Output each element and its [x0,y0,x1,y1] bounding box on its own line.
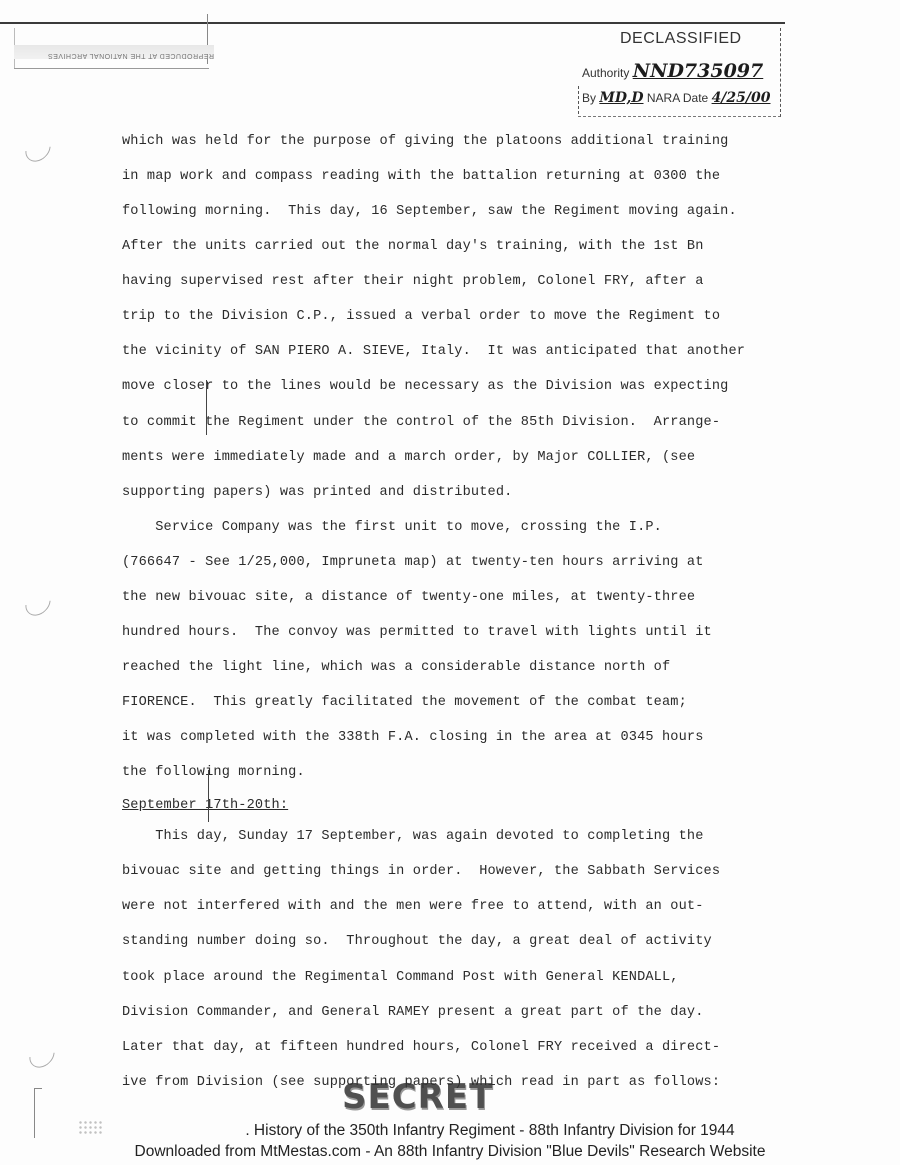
by-row: By MD,D NARA Date 4/25/00 [582,90,771,106]
text-line: This day, Sunday 17 September, was again… [122,828,704,846]
text-line: Later that day, at fifteen hundred hours… [122,1039,720,1057]
authority-label: Authority [582,66,629,80]
nara-date-value: 4/25/00 [712,90,771,106]
punch-hole-mark [20,131,55,166]
footer-source: Downloaded from MtMestas.com - An 88th I… [0,1143,900,1161]
secret-classification-stamp: SECRET [342,1082,493,1112]
text-line: having supervised rest after their night… [122,273,704,291]
text-line: the following morning. [122,764,305,782]
authority-value: NND735097 [633,60,764,82]
footer-title: . History of the 350th Infantry Regiment… [40,1122,900,1140]
declassification-stamp: DECLASSIFIED Authority NND735097 By MD,D… [578,28,781,117]
text-line: move closer to the lines would be necess… [122,378,728,396]
text-line: in map work and compass reading with the… [122,168,720,186]
archive-stamp: REPRODUCED AT THE NATIONAL ARCHIVES [14,45,214,59]
text-line: Service Company was the first unit to mo… [122,519,662,537]
punch-hole-mark [20,585,55,620]
text-line: (766647 - See 1/25,000, Impruneta map) a… [122,554,704,572]
text-line: Division Commander, and General RAMEY pr… [122,1004,704,1022]
scan-artifact-line [208,770,209,822]
declass-side-bar [578,86,580,114]
text-line: were not interfered with and the men wer… [122,898,704,916]
text-line: After the units carried out the normal d… [122,238,704,256]
text-line: reached the light line, which was a cons… [122,659,670,677]
text-line: to commit the Regiment under the control… [122,414,720,432]
text-line: the new bivouac site, a distance of twen… [122,589,695,607]
text-line: took place around the Regimental Command… [122,969,679,987]
by-label: By [582,91,596,105]
by-value: MD,D [599,90,643,106]
text-line: standing number doing so. Throughout the… [122,933,712,951]
text-line: following morning. This day, 16 Septembe… [122,203,737,221]
text-line: the vicinity of SAN PIERO A. SIEVE, Ital… [122,343,745,361]
text-line: it was completed with the 338th F.A. clo… [122,729,704,747]
text-line: supporting papers) was printed and distr… [122,484,512,502]
text-line: FIORENCE. This greatly facilitated the m… [122,694,687,712]
text-line: hundred hours. The convoy was permitted … [122,624,712,642]
text-line: bivouac site and getting things in order… [122,863,720,881]
punch-hole-mark [24,1037,59,1072]
declassified-title: DECLASSIFIED [620,30,742,48]
text-line: which was held for the purpose of giving… [122,133,728,151]
document-page: REPRODUCED AT THE NATIONAL ARCHIVES DECL… [0,0,900,1165]
authority-row: Authority NND735097 [582,60,763,82]
archive-stamp-rule [14,68,209,69]
scan-artifact-line [206,380,207,435]
text-line: trip to the Division C.P., issued a verb… [122,308,720,326]
top-border-line [0,22,785,24]
margin-bracket [34,1088,35,1138]
section-heading: September 17th-20th: [122,797,288,815]
nara-date-label: NARA Date [647,91,708,105]
text-line: ments were immediately made and a march … [122,449,695,467]
